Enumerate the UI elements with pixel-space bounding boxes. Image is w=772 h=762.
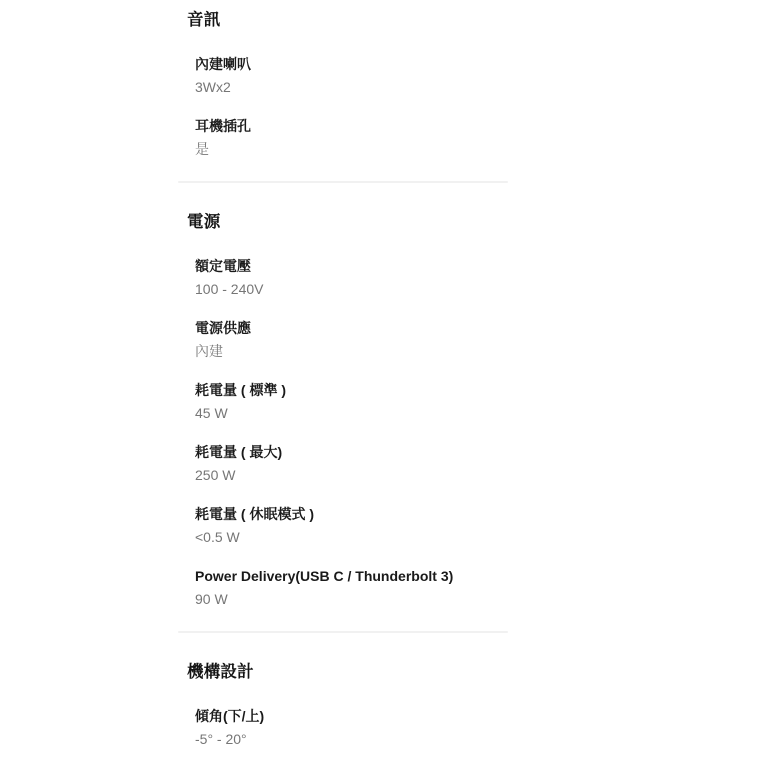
spec-label: 耗電量 ( 標準 ): [195, 381, 512, 400]
section-title: 音訊: [187, 9, 512, 31]
spec-row: 傾角(下/上) -5° - 20°: [195, 707, 512, 749]
spec-label: 耗電量 ( 休眠模式 ): [195, 505, 512, 524]
spec-value: <0.5 W: [195, 528, 512, 547]
spec-label: Power Delivery(USB C / Thunderbolt 3): [195, 567, 512, 586]
spec-value: 3Wx2: [195, 78, 512, 97]
spec-label: 額定電壓: [195, 257, 512, 276]
spec-value: 內建: [195, 342, 512, 361]
spec-row: Power Delivery(USB C / Thunderbolt 3) 90…: [195, 567, 512, 609]
section-title: 電源: [187, 211, 512, 233]
section-divider: [178, 631, 508, 633]
section-audio: 音訊 內建喇叭 3Wx2 耳機插孔 是: [178, 9, 512, 159]
section-divider: [178, 181, 508, 183]
spec-label: 耳機插孔: [195, 117, 512, 136]
spec-value: -5° - 20°: [195, 730, 512, 749]
spec-row: 額定電壓 100 - 240V: [195, 257, 512, 299]
spec-label: 內建喇叭: [195, 55, 512, 74]
spec-value: 90 W: [195, 590, 512, 609]
spec-row: 耗電量 ( 標準 ) 45 W: [195, 381, 512, 423]
spec-label: 電源供應: [195, 319, 512, 338]
spec-row: 內建喇叭 3Wx2: [195, 55, 512, 97]
spec-value: 是: [195, 140, 512, 159]
spec-value: 45 W: [195, 404, 512, 423]
spec-label: 耗電量 ( 最大): [195, 443, 512, 462]
spec-value: 250 W: [195, 466, 512, 485]
spec-content-column: 音訊 內建喇叭 3Wx2 耳機插孔 是 電源 額定電壓 100 - 240V 電…: [178, 0, 512, 749]
spec-row: 耗電量 ( 休眠模式 ) <0.5 W: [195, 505, 512, 547]
section-mechanical: 機構設計 傾角(下/上) -5° - 20°: [178, 661, 512, 749]
spec-row: 耗電量 ( 最大) 250 W: [195, 443, 512, 485]
section-power: 電源 額定電壓 100 - 240V 電源供應 內建 耗電量 ( 標準 ) 45…: [178, 211, 512, 609]
section-title: 機構設計: [187, 661, 512, 683]
spec-label: 傾角(下/上): [195, 707, 512, 726]
spec-value: 100 - 240V: [195, 280, 512, 299]
spec-page: 音訊 內建喇叭 3Wx2 耳機插孔 是 電源 額定電壓 100 - 240V 電…: [0, 0, 772, 762]
spec-row: 電源供應 內建: [195, 319, 512, 361]
spec-row: 耳機插孔 是: [195, 117, 512, 159]
